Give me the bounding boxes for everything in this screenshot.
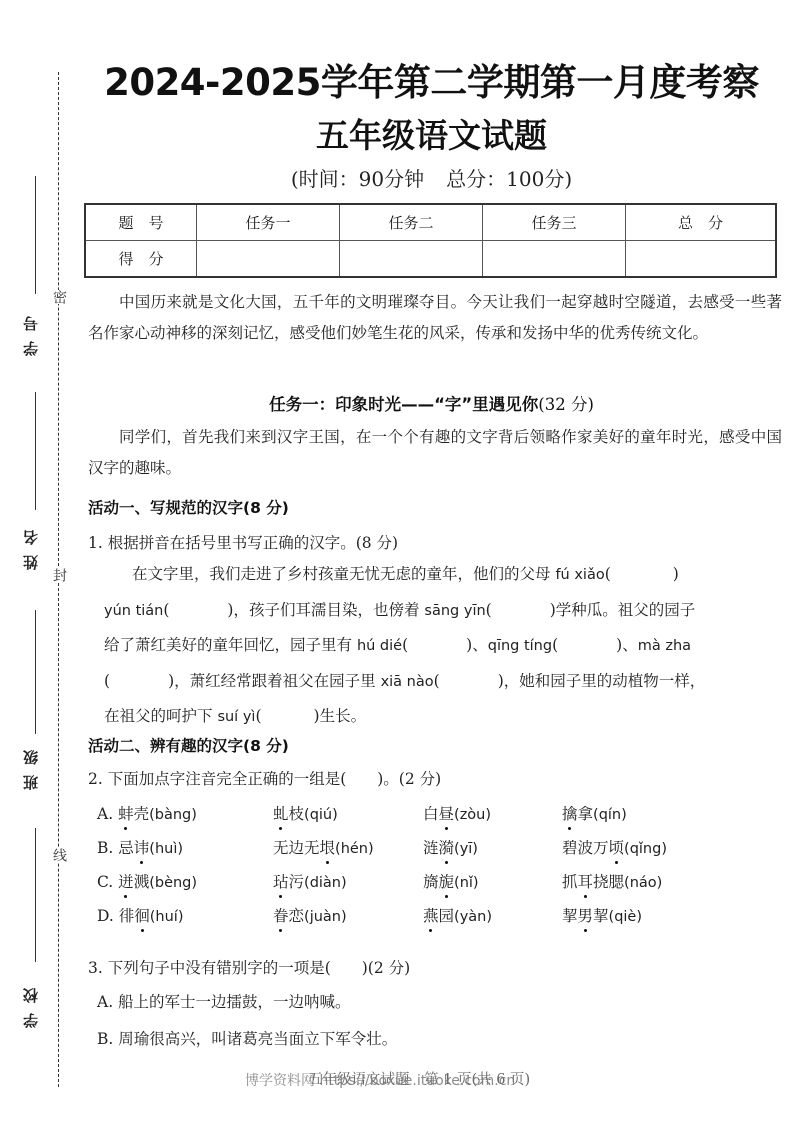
class-line[interactable]: [35, 610, 36, 734]
q2-word: 涟漪(yī): [423, 836, 478, 858]
score-table-cell: 题 号: [85, 204, 197, 241]
score-table: 题 号 任务一 任务二 任务三 总 分 得 分: [84, 203, 777, 278]
q1-line-4: ()，萧红经常跟着祖父在园子里 xiā nào()，她和园子里的动植物一样，: [104, 664, 784, 700]
q3-option-b[interactable]: B. 周瑜很高兴，叫诸葛亮当面立下军令壮。: [97, 1027, 397, 1049]
task1-points: (32 分): [538, 395, 594, 414]
student-id-label: 学号: [20, 306, 40, 356]
score-input-total[interactable]: [626, 241, 777, 278]
score-table-cell: 得 分: [85, 241, 197, 278]
seal-word-feng: 封: [51, 568, 67, 582]
q2-word: 擒拿(qín): [562, 802, 627, 824]
q2-word: 虬枝(qiú): [273, 802, 338, 824]
q2-word: 燕园(yàn): [423, 904, 492, 926]
answer-blank[interactable]: (): [104, 672, 174, 690]
task1-intro: 同学们，首先我们来到汉字王国，在一个个有趣的文字背后领略作家美好的童年时光，感受…: [88, 422, 782, 484]
q2-word: 眷恋(juàn): [273, 904, 347, 926]
q2-word: B. 忌讳(huì): [97, 836, 183, 858]
q2-word: 旖旎(nǐ): [423, 870, 479, 892]
q1-stem: 1. 根据拼音在括号里书写正确的汉字。(8 分): [88, 531, 398, 553]
seal-word-xian: 线: [51, 848, 67, 862]
score-table-cell: 任务二: [340, 204, 483, 241]
student-id-line[interactable]: [35, 176, 36, 294]
answer-blank[interactable]: (): [605, 565, 679, 583]
q2-word: 碧波万顷(qǐng): [562, 836, 667, 858]
q2-word: 挈男挈(qiè): [562, 904, 642, 926]
q2-stem: 2. 下面加点字注音完全正确的一组是( )。(2 分): [88, 767, 441, 789]
name-label: 姓名: [20, 520, 40, 570]
q2-word: 抓耳挠腮(náo): [562, 870, 662, 892]
pinyin: fú xiǎo: [555, 567, 604, 583]
answer-blank[interactable]: (): [163, 601, 233, 619]
score-table-cell: 总 分: [626, 204, 777, 241]
answer-blank[interactable]: (): [552, 636, 622, 654]
watermark: 博学资料网 https://boxue.ituoke.com.cn: [245, 1070, 515, 1090]
score-table-score-row: 得 分: [85, 241, 776, 278]
q1-line-5: 在祖父的呵护下 suí yì()生长。: [104, 699, 784, 735]
answer-blank[interactable]: (): [402, 636, 472, 654]
pinyin: mà zha: [638, 638, 691, 654]
score-table-cell: 任务一: [197, 204, 340, 241]
answer-blank[interactable]: (): [434, 672, 504, 690]
exam-total: 总分：100分): [446, 167, 572, 191]
exam-meta: (时间：90分钟总分：100分): [80, 163, 783, 192]
score-input-task3[interactable]: [483, 241, 626, 278]
exam-title: 2024-2025学年第二学期第一月度考察: [80, 52, 783, 106]
school-label: 学校: [20, 978, 40, 1028]
intro-paragraph: 中国历来就是文化大国，五千年的文明璀璨夺目。今天让我们一起穿越时空隧道，去感受一…: [88, 287, 782, 349]
activity1-heading: 活动一、写规范的汉字(8 分): [88, 496, 289, 518]
pinyin: sāng yīn: [424, 603, 485, 619]
pinyin: yún tián: [104, 603, 163, 619]
seal-word-mi: 密: [51, 290, 67, 304]
score-table-cell: 任务三: [483, 204, 626, 241]
q2-word: 白昼(zòu): [423, 802, 491, 824]
q3-option-a[interactable]: A. 船上的军士一边擂鼓，一边呐喊。: [97, 990, 351, 1012]
answer-blank[interactable]: (): [255, 707, 319, 725]
score-table-header-row: 题 号 任务一 任务二 任务三 总 分: [85, 204, 776, 241]
q1-line-1: 在文字里，我们走进了乡村孩童无忧无虑的童年，他们的父母 fú xiǎo(): [104, 557, 784, 593]
exam-subtitle: 五年级语文试题: [80, 110, 783, 157]
school-line[interactable]: [35, 828, 36, 962]
q3-stem: 3. 下列句子中没有错别字的一项是( )(2 分): [88, 956, 410, 978]
q1-line-2: yún tián()，孩子们耳濡目染，也傍着 sāng yīn()学种瓜。祖父的…: [104, 593, 784, 629]
q1-passage: 在文字里，我们走进了乡村孩童无忧无虑的童年，他们的父母 fú xiǎo() yú…: [104, 557, 784, 735]
pinyin: xiā nào: [381, 674, 434, 690]
q2-word: 玷污(diàn): [273, 870, 347, 892]
class-label: 班级: [20, 740, 40, 790]
pinyin: hú dié: [357, 638, 402, 654]
task1-title: 任务一：印象时光——“字”里遇见你: [269, 395, 538, 414]
activity2-heading: 活动二、辨有趣的汉字(8 分): [88, 734, 289, 756]
task1-heading: 任务一：印象时光——“字”里遇见你(32 分): [80, 391, 783, 415]
exam-time: (时间：90分钟: [291, 167, 424, 191]
q2-word: D. 徘徊(huí): [97, 904, 184, 926]
q2-word: A. 蚌壳(bàng): [97, 802, 197, 824]
answer-blank[interactable]: (): [486, 601, 556, 619]
pinyin: qīng tíng: [488, 638, 552, 654]
q1-line-3: 给了萧红美好的童年回忆，园子里有 hú dié()、qīng tíng()、mà…: [104, 628, 784, 664]
q2-word: 无边无垠(hén): [273, 836, 374, 858]
pinyin: suí yì: [217, 709, 255, 725]
name-line[interactable]: [35, 392, 36, 510]
q2-word: C. 迸溅(bèng): [97, 870, 197, 892]
score-input-task1[interactable]: [197, 241, 340, 278]
score-input-task2[interactable]: [340, 241, 483, 278]
